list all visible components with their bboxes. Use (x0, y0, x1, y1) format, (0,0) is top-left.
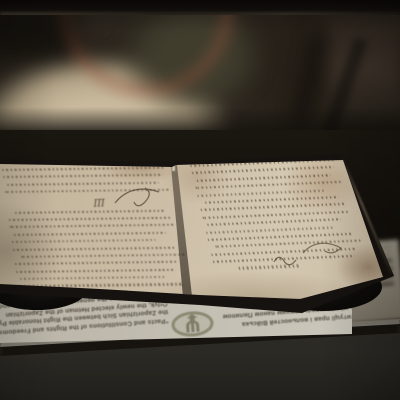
handwriting-line (16, 268, 176, 272)
manuscript-document: Ш (0, 155, 396, 307)
handwriting-line (12, 239, 156, 243)
handwriting-line (10, 224, 176, 228)
handwriting-line (13, 246, 176, 250)
handwriting-line (213, 255, 355, 263)
handwriting-line (200, 203, 345, 211)
handwriting-line (202, 210, 350, 218)
manuscript-page-left (2, 167, 187, 293)
handwriting-line (215, 240, 363, 248)
handwriting-line (211, 248, 356, 256)
handwriting-line (14, 232, 165, 236)
handwriting-line (7, 182, 158, 186)
handwriting-line (5, 189, 171, 193)
handwriting-line (20, 276, 164, 280)
handwriting-line (207, 233, 352, 241)
handwriting-line (9, 217, 172, 221)
handwriting-line (207, 218, 341, 226)
museum-exhibit-photo: “Pacts and Constitutions of the Rights a… (0, 0, 400, 400)
handwriting-line (205, 196, 339, 204)
handwriting-line-short (238, 265, 301, 270)
handwriting-line (206, 226, 334, 233)
handwriting-line (2, 167, 165, 171)
trident-emblem-icon (169, 309, 216, 338)
handwriting-line (195, 181, 343, 189)
handwriting-line (15, 261, 178, 265)
handwriting-line (21, 253, 187, 257)
manuscript-page-right (190, 159, 365, 276)
section-numeral: Ш (84, 195, 115, 208)
handwriting-line (192, 166, 334, 174)
handwriting-line (3, 174, 163, 178)
handwriting-line (197, 189, 325, 196)
painting-corner-shadow (0, 15, 75, 58)
handwriting-line (196, 174, 330, 182)
